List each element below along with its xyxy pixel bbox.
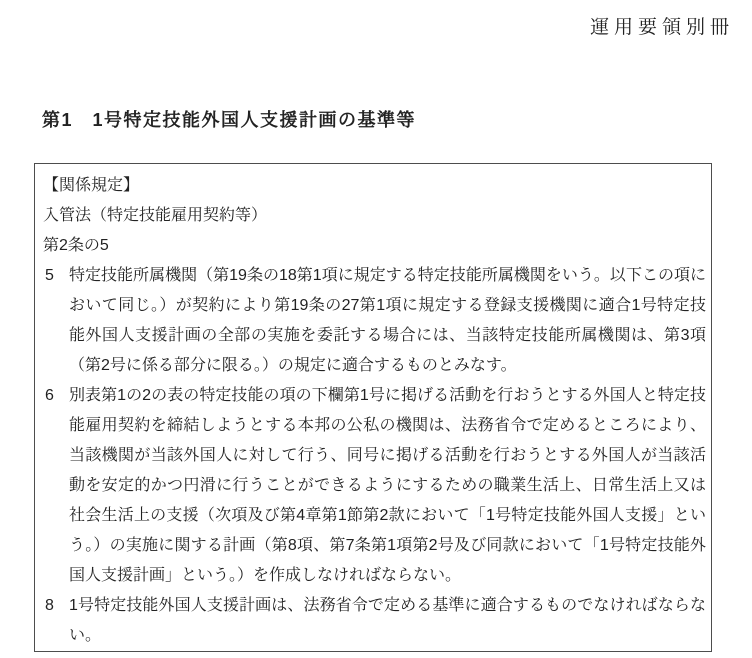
- clause-item: 6 別表第1の2の表の特定技能の項の下欄第1号に掲げる活動を行おうとする外国人と…: [43, 381, 706, 591]
- clause-number: 5: [43, 261, 69, 291]
- clause-number: 6: [43, 381, 69, 411]
- regulations-box-title: 【関係規定】: [43, 171, 706, 201]
- clause-text: 特定技能所属機関（第19条の18第1項に規定する特定技能所属機関をいう。以下この…: [69, 261, 706, 381]
- clause-text: 1号特定技能外国人支援計画は、法務省令で定める基準に適合するものでなければならな…: [69, 591, 706, 651]
- clause-item: 5 特定技能所属機関（第19条の18第1項に規定する特定技能所属機関をいう。以下…: [43, 261, 706, 381]
- law-title: 入管法（特定技能雇用契約等）: [43, 201, 706, 231]
- section-heading: 第1 1号特定技能外国人支援計画の基準等: [42, 106, 416, 132]
- article-number: 第2条の5: [43, 231, 706, 261]
- document-page: 運用要領別冊 第1 1号特定技能外国人支援計画の基準等 【関係規定】 入管法（特…: [0, 0, 752, 658]
- clause-item: 8 1号特定技能外国人支援計画は、法務省令で定める基準に適合するものでなければな…: [43, 591, 706, 651]
- related-regulations-box: 【関係規定】 入管法（特定技能雇用契約等） 第2条の5 5 特定技能所属機関（第…: [34, 163, 712, 652]
- corner-label: 運用要領別冊: [590, 12, 734, 39]
- clause-text: 別表第1の2の表の特定技能の項の下欄第1号に掲げる活動を行おうとする外国人と特定…: [69, 381, 706, 591]
- clause-number: 8: [43, 591, 69, 621]
